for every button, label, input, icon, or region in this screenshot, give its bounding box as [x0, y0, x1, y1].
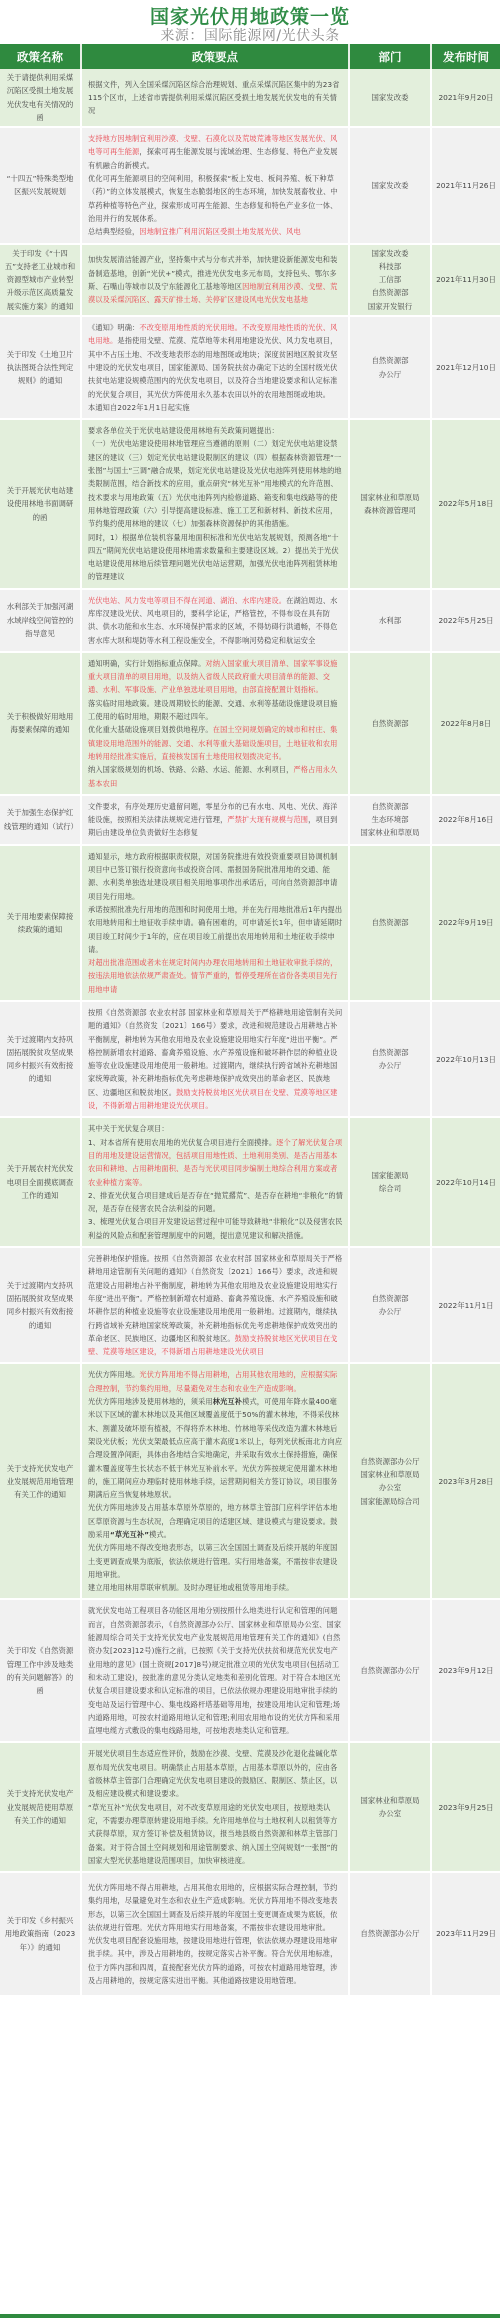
policy-point-paragraph: 光伏电站、风力发电等项目不得在河道、湖泊、水库内建设。在湖泊周边、水库库汊建设光… [88, 594, 344, 647]
body-text: 光伏发电项目配套设施用地，按建设用地进行管理，依法依规办理建设用地审批手续。其中… [88, 1936, 337, 1985]
department-name: 自然资源部 [353, 916, 427, 929]
release-date-cell: 2023年11月29日 [431, 1872, 500, 1996]
department-name: 办公厅 [353, 1305, 427, 1318]
policy-points-cell: 开展光伏项目生态适应性评价，鼓励在沙漠、戈壁、荒漠及沙化退化盐碱化草原布局光伏发… [81, 1742, 349, 1872]
department-name: 自然资源部办公厅 [353, 1455, 427, 1468]
department-name: 办公室 [353, 1481, 427, 1494]
department-name: 自然资源部 [353, 354, 427, 367]
department-name: 国家发改委 [353, 179, 427, 192]
table-row: 关于印发《乡村振兴用地政策指南（2023年）》的通知光伏方阵用地不得占用耕地，占… [0, 1872, 500, 1996]
bold-text: 林光互补 [213, 1397, 242, 1406]
department-cell: 国家发改委 [349, 127, 431, 243]
policy-point-paragraph: 完善耕地保护措施。按照《自然资源部 农业农村部 国家林业和草原局关于严格耕地用途… [88, 1252, 344, 1358]
department-cell: 自然资源部 [349, 652, 431, 795]
table-row: 关于积极做好用地用海要素保障的通知通知明确，实行计划指标重点保障。对纳入国家重大… [0, 652, 500, 795]
policy-points-cell: 就光伏发电站工程项目各功能区用地分别按照什么地类进行认定和管理的问题而言，自然资… [81, 1599, 349, 1742]
table-row: 关于支持光伏发电产业发展规范使用草原有关工作的通知开展光伏项目生态适应性评价，鼓… [0, 1742, 500, 1872]
policy-points-cell: 光伏方阵用地不得占用耕地，占用其他农用地的，应根据实际合理控制，节约集约用地，尽… [81, 1872, 349, 1996]
department-name: 自然资源部 [353, 1292, 427, 1305]
body-text: “草光互补”光伏发电项目，对不改变草原用途的光伏发电项目，按原地类认定，不需要办… [88, 1803, 338, 1865]
release-date-cell: 2021年12月10日 [431, 316, 500, 419]
policy-name-cell: 关于请提供利用采煤沉陷区受损土地发展光伏发电有关情况的函 [0, 69, 81, 127]
body-text: 承诺按照批准先行用地的范围和时间使用土地，并在先行用地批准后1年内提出农用地转用… [88, 905, 342, 954]
policy-point-paragraph: 总结典型经验，因地制宜推广利用沉陷区受损土地发展光伏、风电 [88, 225, 344, 238]
policy-point-paragraph: 其中关于光伏复合项目： [88, 1122, 344, 1135]
body-text: 纳入国家级规划的机场、铁路、公路、水运、能源、水利项目， [88, 765, 293, 774]
policy-point-paragraph: 通知明确，实行计划指标重点保障。对纳入国家重大项目清单、国家军事设施重大项目清单… [88, 657, 344, 697]
release-date-cell: 2022年10月13日 [431, 1001, 500, 1117]
policy-point-paragraph: 文件要求，有序处理历史遗留问题，零星分布的已有水电、风电、光伏、海洋能设施，按照… [88, 800, 344, 840]
policy-name-cell: 关于用地要素保障接续政策的通知 [0, 845, 81, 1001]
department-name: 水利部 [353, 614, 427, 627]
department-name: 自然资源部 [353, 717, 427, 730]
policy-points-cell: 支持地方因地制宜利用沙漠、戈壁、石漠化以及荒坡荒滩等地区发展光伏、风电等可再生能… [81, 127, 349, 243]
department-cell: 国家能源局综合司 [349, 1117, 431, 1247]
body-text: 本通知自2022年1月1日起实施 [88, 403, 190, 412]
policy-points-cell: 加快发展清洁能源产业，坚持集中式与分布式并举，加快建设新能源发电和装备制造基地，… [81, 244, 349, 316]
department-cell: 自然资源部生态环境部国家林业和草原局 [349, 795, 431, 845]
policy-point-paragraph: 加快发展清洁能源产业，坚持集中式与分布式并举，加快建设新能源发电和装备制造基地，… [88, 253, 344, 306]
policy-name-cell: 关于支持光伏发电产业发展规范使用草原有关工作的通知 [0, 1742, 81, 1872]
department-name: 自然资源部 [353, 286, 427, 299]
release-date-cell: 2022年10月14日 [431, 1117, 500, 1247]
policy-name-cell: 关于加强生态保护红线管理的通知（试行） [0, 795, 81, 845]
body-text: 优化可再生能源项目的空间利用，积极探索“板上发电、板间养殖、板下种草（药）”的立… [88, 174, 338, 223]
table-row: 关于印发《土地卫片执法图斑合法性判定规则》的通知《通知》明确：不改变原用地性质的… [0, 316, 500, 419]
body-text: 通知明确，实行计划指标重点保障。 [88, 659, 205, 668]
policy-point-paragraph: “草光互补”光伏发电项目，对不改变草原用途的光伏发电项目，按原地类认定，不需要办… [88, 1801, 344, 1867]
release-date-cell: 2022年8月16日 [431, 795, 500, 845]
policy-points-cell: 要求各单位关于光伏电站建设使用林地有关政策问题提出：（一）光伏电站建设使用林地管… [81, 419, 349, 589]
release-date-cell: 2021年9月20日 [431, 69, 500, 127]
policy-point-paragraph: 就光伏发电站工程项目各功能区用地分别按照什么地类进行认定和管理的问题而言，自然资… [88, 1604, 344, 1737]
release-date-cell: 2022年8月8日 [431, 652, 500, 795]
policy-points-cell: 根据文件，列入全国采煤沉陷区综合治理规划、重点采煤沉陷区集中的为23省115个区… [81, 69, 349, 127]
policy-name-cell: 关于过渡期内支持巩固拓展脱贫攻坚成果同乡村振兴有效衔接的通知 [0, 1001, 81, 1117]
department-cell: 自然资源部办公厅 [349, 316, 431, 419]
department-cell: 国家发改委 [349, 69, 431, 127]
table-row: 关于请提供利用采煤沉陷区受损土地发展光伏发电有关情况的函根据文件，列入全国采煤沉… [0, 69, 500, 127]
policy-table: 政策名称 政策要点 部门 发布时间 关于请提供利用采煤沉陷区受损土地发展光伏发电… [0, 44, 500, 1997]
department-name: 生态环境部 [353, 813, 427, 826]
body-text: 按照《自然资源部 农业农村部 国家林业和草原局关于严格耕地用途管制有关问题的通知… [88, 1008, 342, 1097]
table-row: 关于开展农村光伏发电项目全面摸底调查工作的通知其中关于光伏复合项目：1、对本省所… [0, 1117, 500, 1247]
policy-overview-page: 国家光伏用地政策一览 来源：国际能源网/光伏头条 政策名称 政策要点 部门 发布… [0, 0, 500, 2318]
body-text: 建立用地用林用草联审机制。及时办理征地或租赁等用地手续。 [88, 1583, 293, 1592]
column-header-department: 部门 [349, 44, 431, 69]
policy-point-paragraph: （一）光伏电站建设使用林地管理应当遵循的原则（二）划定光伏电站建设禁建区的建议（… [88, 437, 344, 530]
department-cell: 水利部 [349, 589, 431, 652]
policy-points-cell: 完善耕地保护措施。按照《自然资源部 农业农村部 国家林业和草原局关于严格耕地用途… [81, 1247, 349, 1363]
body-text: 2、排查光伏复合项目建成后是否存在“抛荒撂荒”、是否存在耕地“非粮化”的情况，是… [88, 1191, 343, 1213]
body-text: 要求各单位关于光伏电站建设使用林地有关政策问题提出： [88, 426, 279, 435]
body-text: 完善耕地保护措施。按照《自然资源部 农业农村部 国家林业和草原局关于严格耕地用途… [88, 1254, 342, 1343]
body-text: 同时，1）根据单位装机容量用地面积标准和光伏电站发展规划，预测各地“十四五”期间… [88, 533, 339, 582]
department-cell: 自然资源部办公厅国家林业和草原局办公室国家能源局综合司 [349, 1363, 431, 1599]
department-cell: 国家林业和草原局办公室 [349, 1742, 431, 1872]
release-date-cell: 2023年3月28日 [431, 1363, 500, 1599]
body-text: 《通知》明确： [88, 323, 139, 332]
policy-point-paragraph: 光伏方阵用地。光伏方阵用地不得占用耕地，占用其他农用地的，应根据实际合理控制，节… [88, 1368, 344, 1395]
table-row: “十四五”特殊类型地区振兴发展规划支持地方因地制宜利用沙漠、戈壁、石漠化以及荒坡… [0, 127, 500, 243]
department-cell: 国家发改委科技部工信部自然资源部国家开发银行 [349, 244, 431, 316]
policy-point-paragraph: 《通知》明确：不改变原用地性质的光伏用地。不改变原用地性质的光伏、风电用地。是指… [88, 321, 344, 401]
release-date-cell: 2021年11月26日 [431, 127, 500, 243]
policy-points-cell: 其中关于光伏复合项目：1、对本省所有使用农用地的光伏复合项目进行全面摸排。逐个了… [81, 1117, 349, 1247]
department-name: 综合司 [353, 1182, 427, 1195]
department-name: 工信部 [353, 273, 427, 286]
body-text: 模式。 [149, 1530, 171, 1539]
policy-point-paragraph: 本通知自2022年1月1日起实施 [88, 401, 344, 414]
policy-name-cell: 关于印发《乡村振兴用地政策指南（2023年）》的通知 [0, 1872, 81, 1996]
department-cell: 自然资源部办公厅 [349, 1872, 431, 1996]
highlighted-text: 严禁扩大现有规模与范围 [227, 815, 308, 824]
policy-name-cell: 关于开展农村光伏发电项目全面摸底调查工作的通知 [0, 1117, 81, 1247]
policy-point-paragraph: 同时，1）根据单位装机容量用地面积标准和光伏电站发展规划，预测各地“十四五”期间… [88, 531, 344, 584]
policy-name-cell: 水利部关于加强河湖水域岸线空间管控的指导意见 [0, 589, 81, 652]
policy-points-cell: 《通知》明确：不改变原用地性质的光伏用地。不改变原用地性质的光伏、风电用地。是指… [81, 316, 349, 419]
body-text: 1、对本省所有使用农用地的光伏复合项目进行全面摸排。 [88, 1138, 276, 1147]
column-header-policy-points: 政策要点 [81, 44, 349, 69]
policy-name-cell: 关于支持光伏发电产业发展规范用地管理有关工作的通知 [0, 1363, 81, 1599]
department-name: 国家能源局 [353, 1169, 427, 1182]
table-row: 关于过渡期内支持巩固拓展脱贫攻坚成果同乡村振兴有效衔接的通知按照《自然资源部 农… [0, 1001, 500, 1117]
policy-points-cell: 通知明确，实行计划指标重点保障。对纳入国家重大项目清单、国家军事设施重大项目清单… [81, 652, 349, 795]
table-row: 关于加强生态保护红线管理的通知（试行）文件要求，有序处理历史遗留问题，零星分布的… [0, 795, 500, 845]
body-text: 根据文件，列入全国采煤沉陷区综合治理规划、重点采煤沉陷区集中的为23省115个区… [88, 80, 340, 116]
policy-table-body: 关于请提供利用采煤沉陷区受损土地发展光伏发电有关情况的函根据文件，列入全国采煤沉… [0, 69, 500, 1996]
highlighted-text: 光伏电站、风力发电等项目不得在河道、湖泊、水库内建设。 [88, 596, 286, 605]
department-name: 国家林业和草原局 [353, 1794, 427, 1807]
table-row: 水利部关于加强河湖水域岸线空间管控的指导意见光伏电站、风力发电等项目不得在河道、… [0, 589, 500, 652]
department-name: 科技部 [353, 260, 427, 273]
policy-name-cell: “十四五”特殊类型地区振兴发展规划 [0, 127, 81, 243]
body-text: 开展光伏项目生态适应性评价，鼓励在沙漠、戈壁、荒漠及沙化退化盐碱化草原布局光伏发… [88, 1749, 337, 1798]
department-name: 国家发改委 [353, 91, 427, 104]
release-date-cell: 2022年5月18日 [431, 419, 500, 589]
body-text: 总结典型经验， [88, 227, 139, 236]
body-text: 模式，可使用年降水量400毫米以下区域的灌木林地以及其他区域覆盖度低于50%的灌… [88, 1397, 342, 1499]
policy-point-paragraph: 优化可再生能源项目的空间利用，积极探索“板上发电、板间养殖、板下种草（药）”的立… [88, 172, 344, 225]
policy-name-cell: 关于积极做好用地用海要素保障的通知 [0, 652, 81, 795]
table-row: 关于开展光伏电站建设使用林地书面调研的函要求各单位关于光伏电站建设使用林地有关政… [0, 419, 500, 589]
policy-name-cell: 关于过渡期内支持巩固拓展脱贫攻坚成果同乡村振兴有效衔接的通知 [0, 1247, 81, 1363]
body-text: 通知显示，地方政府根据职责权限，对国务院推进有效投资重要项目协调机制项目中已签订… [88, 852, 337, 901]
policy-point-paragraph: 落实临时用地政策。建设周期较长的能源、交通、水利等基础设施建设项目施工使用的临时… [88, 697, 344, 724]
policy-point-paragraph: 开展光伏项目生态适应性评价，鼓励在沙漠、戈壁、荒漠及沙化退化盐碱化草原布局光伏发… [88, 1747, 344, 1800]
policy-point-paragraph: 光伏方阵用地涉及使用林地的，须采用林光互补模式，可使用年降水量400毫米以下区域… [88, 1395, 344, 1501]
policy-point-paragraph: 光伏方阵用地不得改变地表形态，以第三次全国国土调查及后续开展的年度国土变更调查成… [88, 1541, 344, 1581]
department-name: 国家发改委 [353, 247, 427, 260]
department-name: 国家林业和草原局 [353, 1468, 427, 1481]
policy-point-paragraph: 光伏方阵用地涉及占用基本草原外草原的，地方林草主管部门应科学评估本地区草原资源与… [88, 1501, 344, 1541]
department-name: 国家开发银行 [353, 300, 427, 313]
release-date-cell: 2022年9月19日 [431, 845, 500, 1001]
department-name: 办公厅 [353, 368, 427, 381]
policy-name-cell: 关于开展光伏电站建设使用林地书面调研的函 [0, 419, 81, 589]
column-header-policy-name: 政策名称 [0, 44, 81, 69]
body-text: 3、梳理光伏复合项目开发建设运营过程中可能导致耕地“非粮化”以及侵害农民利益的风… [88, 1217, 343, 1239]
table-row: 关于印发《自然资源管理工作中涉及地类的有关问题解答》的函就光伏发电站工程项目各功… [0, 1599, 500, 1742]
body-text: 其中关于光伏复合项目： [88, 1124, 169, 1133]
highlighted-text: 对超出批准范围或者未在规定时间内办理农用地转用和土地征收审批手续的，按违法用地依… [88, 958, 337, 994]
bold-text: “草光互补” [110, 1530, 149, 1539]
department-name: 国家能源局综合司 [353, 1495, 427, 1508]
column-header-release-date: 发布时间 [431, 44, 500, 69]
policy-points-cell: 文件要求，有序处理历史遗留问题，零星分布的已有水电、风电、光伏、海洋能设施，按照… [81, 795, 349, 845]
table-row: 关于过渡期内支持巩固拓展脱贫攻坚成果同乡村振兴有效衔接的通知完善耕地保护措施。按… [0, 1247, 500, 1363]
department-name: 自然资源部办公厅 [353, 1927, 427, 1940]
body-text: 优化重大基础设施项目划拨供地程序。 [88, 725, 213, 734]
policy-point-paragraph: 1、对本省所有使用农用地的光伏复合项目进行全面摸排。逐个了解光伏复合项目的用地及… [88, 1136, 344, 1189]
policy-point-paragraph: 对超出批准范围或者未在规定时间内办理农用地转用和土地征收审批手续的，按违法用地依… [88, 956, 344, 996]
release-date-cell: 2021年11月30日 [431, 244, 500, 316]
table-row: 关于印发《“十四五”支持老工业城市和资源型城市产业转型升级示范区高质量发展实施方… [0, 244, 500, 316]
footer-bar [0, 2314, 500, 2318]
department-cell: 自然资源部办公厅 [349, 1001, 431, 1117]
body-text: 光伏方阵用地不得改变地表形态，以第三次全国国土调查及后续开展的年度国土变更调查成… [88, 1543, 337, 1579]
policy-point-paragraph: 要求各单位关于光伏电站建设使用林地有关政策问题提出： [88, 424, 344, 437]
highlighted-text: 因地制宜推广利用沉陷区受损土地发展光伏、风电 [139, 227, 300, 236]
department-name: 办公室 [353, 1807, 427, 1820]
body-text: 光伏方阵用地涉及使用林地的，须采用 [88, 1397, 213, 1406]
department-name: 自然资源部办公厅 [353, 1664, 427, 1677]
policy-point-paragraph: 2、排查光伏复合项目建成后是否存在“抛荒撂荒”、是否存在耕地“非粮化”的情况，是… [88, 1189, 344, 1216]
body-text: 落实临时用地政策。建设周期较长的能源、交通、水利等基础设施建设项目施工使用的临时… [88, 699, 337, 721]
body-text: 光伏方阵用地不得占用耕地，占用其他农用地的，应根据实际合理控制，节约集约用地，尽… [88, 1883, 337, 1932]
policy-points-cell: 光伏方阵用地。光伏方阵用地不得占用耕地，占用其他农用地的，应根据实际合理控制，节… [81, 1363, 349, 1599]
body-text: 是指使用戈壁、荒漠、荒草地等未利用地建设光伏、风力发电项目，其中不占压土地、不改… [88, 336, 338, 398]
department-name: 森林资源管理司 [353, 504, 427, 517]
release-date-cell: 2022年5月25日 [431, 589, 500, 652]
policy-point-paragraph: 优化重大基础设施项目划拨供地程序。在国土空间规划确定的城市和村庄、集镇建设用地范… [88, 723, 344, 763]
department-name: 自然资源部 [353, 1046, 427, 1059]
policy-point-paragraph: 光伏发电项目配套设施用地，按建设用地进行管理，依法依规办理建设用地审批手续。其中… [88, 1934, 344, 1987]
policy-points-cell: 光伏电站、风力发电等项目不得在河道、湖泊、水库内建设。在湖泊周边、水库库汊建设光… [81, 589, 349, 652]
release-date-cell: 2022年11月1日 [431, 1247, 500, 1363]
source-caption: 来源：国际能源网/光伏头条 [0, 30, 500, 44]
department-cell: 自然资源部办公厅 [349, 1599, 431, 1742]
department-cell: 自然资源部 [349, 845, 431, 1001]
policy-point-paragraph: 3、梳理光伏复合项目开发建设运营过程中可能导致耕地“非粮化”以及侵害农民利益的风… [88, 1215, 344, 1242]
policy-point-paragraph: 通知显示，地方政府根据职责权限，对国务院推进有效投资重要项目协调机制项目中已签订… [88, 850, 344, 903]
department-cell: 自然资源部办公厅 [349, 1247, 431, 1363]
policy-point-paragraph: 支持地方因地制宜利用沙漠、戈壁、石漠化以及荒坡荒滩等地区发展光伏、风电等可再生能… [88, 132, 344, 172]
policy-point-paragraph: 光伏方阵用地不得占用耕地，占用其他农用地的，应根据实际合理控制，节约集约用地，尽… [88, 1881, 344, 1934]
department-cell: 国家林业和草原局森林资源管理司 [349, 419, 431, 589]
policy-point-paragraph: 按照《自然资源部 农业农村部 国家林业和草原局关于严格耕地用途管制有关问题的通知… [88, 1006, 344, 1112]
policy-points-cell: 通知显示，地方政府根据职责权限，对国务院推进有效投资重要项目协调机制项目中已签订… [81, 845, 349, 1001]
table-header-row: 政策名称 政策要点 部门 发布时间 [0, 44, 500, 69]
body-text: 光伏方阵用地。 [88, 1370, 139, 1379]
body-text: 就光伏发电站工程项目各功能区用地分别按照什么地类进行认定和管理的问题而言，自然资… [88, 1606, 341, 1735]
policy-point-paragraph: 根据文件，列入全国采煤沉陷区综合治理规划、重点采煤沉陷区集中的为23省115个区… [88, 78, 344, 118]
release-date-cell: 2023年9月12日 [431, 1599, 500, 1742]
policy-point-paragraph: 建立用地用林用草联审机制。及时办理征地或租赁等用地手续。 [88, 1581, 344, 1594]
table-row: 关于用地要素保障接续政策的通知通知显示，地方政府根据职责权限，对国务院推进有效投… [0, 845, 500, 1001]
department-name: 办公厅 [353, 1059, 427, 1072]
body-text: （一）光伏电站建设使用林地管理应当遵循的原则（二）划定光伏电站建设禁建区的建议（… [88, 439, 342, 528]
policy-name-cell: 关于印发《自然资源管理工作中涉及地类的有关问题解答》的函 [0, 1599, 81, 1742]
policy-name-cell: 关于印发《“十四五”支持老工业城市和资源型城市产业转型升级示范区高质量发展实施方… [0, 244, 81, 316]
policy-point-paragraph: 承诺按照批准先行用地的范围和时间使用土地，并在先行用地批准后1年内提出农用地转用… [88, 903, 344, 956]
policy-points-cell: 按照《自然资源部 农业农村部 国家林业和草原局关于严格耕地用途管制有关问题的通知… [81, 1001, 349, 1117]
department-name: 国家林业和草原局 [353, 826, 427, 839]
page-title: 国家光伏用地政策一览 [0, 0, 500, 30]
table-row: 关于支持光伏发电产业发展规范用地管理有关工作的通知光伏方阵用地。光伏方阵用地不得… [0, 1363, 500, 1599]
release-date-cell: 2023年9月25日 [431, 1742, 500, 1872]
department-name: 自然资源部 [353, 800, 427, 813]
policy-point-paragraph: 纳入国家级规划的机场、铁路、公路、水运、能源、水利项目，严格占用永久基本农田 [88, 763, 344, 790]
policy-name-cell: 关于印发《土地卫片执法图斑合法性判定规则》的通知 [0, 316, 81, 419]
department-name: 国家林业和草原局 [353, 491, 427, 504]
